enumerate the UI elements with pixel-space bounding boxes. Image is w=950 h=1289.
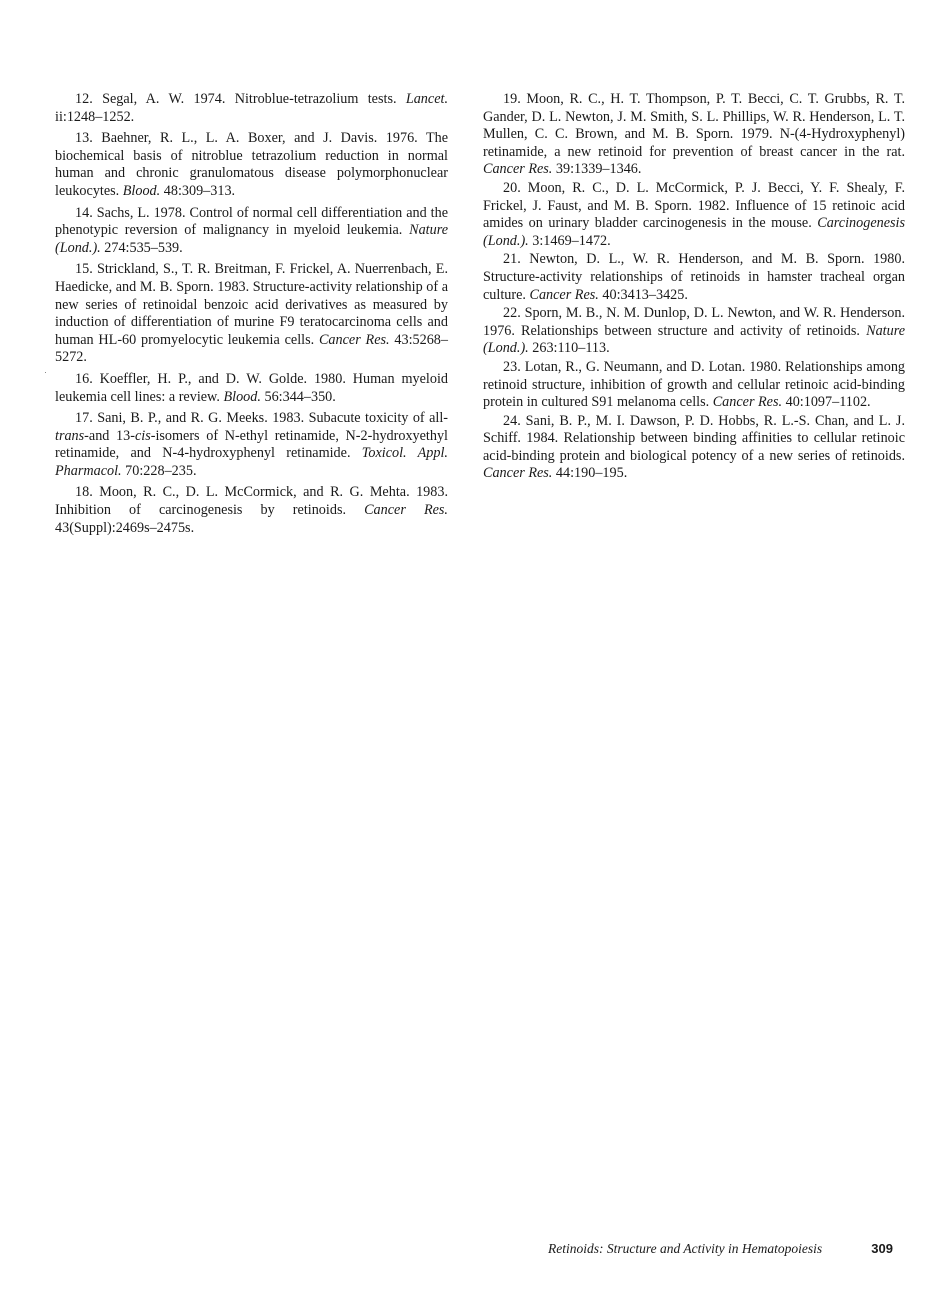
reference-12: 12. Segal, A. W. 1974. Nitroblue-tetrazo… bbox=[55, 91, 448, 126]
reference-24: 24. Sani, B. P., M. I. Dawson, P. D. Hob… bbox=[483, 413, 905, 483]
reference-21: 21. Newton, D. L., W. R. Henderson, and … bbox=[483, 251, 905, 304]
running-title: Retinoids: Structure and Activity in Hem… bbox=[548, 1241, 822, 1257]
page-footer: Retinoids: Structure and Activity in Hem… bbox=[548, 1241, 893, 1257]
reference-list-right-column: 19. Moon, R. C., H. T. Thompson, P. T. B… bbox=[483, 91, 905, 484]
page-number: 309 bbox=[871, 1241, 893, 1256]
reference-17: 17. Sani, B. P., and R. G. Meeks. 1983. … bbox=[55, 410, 448, 480]
reference-20: 20. Moon, R. C., D. L. McCormick, P. J. … bbox=[483, 180, 905, 250]
reference-23: 23. Lotan, R., G. Neumann, and D. Lotan.… bbox=[483, 359, 905, 412]
reference-22: 22. Sporn, M. B., N. M. Dunlop, D. L. Ne… bbox=[483, 305, 905, 358]
reference-19: 19. Moon, R. C., H. T. Thompson, P. T. B… bbox=[483, 91, 905, 179]
reference-16: 16. Koeffler, H. P., and D. W. Golde. 19… bbox=[55, 371, 448, 406]
reference-15: 15. Strickland, S., T. R. Breitman, F. F… bbox=[55, 261, 448, 367]
stray-mark bbox=[45, 372, 46, 373]
reference-13: 13. Baehner, R. L., L. A. Boxer, and J. … bbox=[55, 130, 448, 200]
reference-14: 14. Sachs, L. 1978. Control of normal ce… bbox=[55, 205, 448, 258]
reference-list-left-column: 12. Segal, A. W. 1974. Nitroblue-tetrazo… bbox=[55, 91, 448, 541]
reference-18: 18. Moon, R. C., D. L. McCormick, and R.… bbox=[55, 484, 448, 537]
